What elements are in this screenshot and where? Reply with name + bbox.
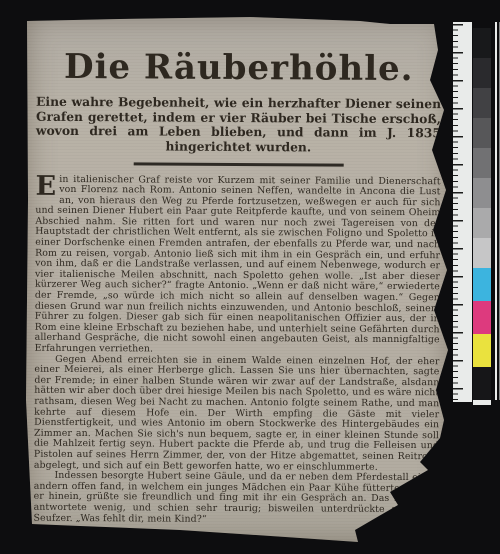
gray-step [473, 238, 491, 268]
drop-cap-initial: E [36, 174, 60, 196]
gray-step [473, 28, 491, 58]
gray-step [473, 88, 491, 118]
gray-step [473, 208, 491, 238]
document-content: Die Räuberhöhle. Eine wahre Begebenheit,… [31, 13, 443, 547]
gray-step [473, 148, 491, 178]
document-page: Die Räuberhöhle. Eine wahre Begebenheit,… [25, 14, 450, 546]
calibration-strip [453, 22, 500, 404]
page-title: Die Räuberhöhle. [34, 47, 443, 89]
paragraph-text: in italienischer Graf reiste vor Kurzem … [35, 173, 441, 354]
gray-step [473, 178, 491, 208]
scan-background: Die Räuberhöhle. Eine wahre Begebenheit,… [0, 0, 500, 554]
gray-step [473, 58, 491, 88]
yellow-patch [473, 334, 491, 367]
body-text: Ein italienischer Graf reiste vor Kurzem… [34, 174, 441, 526]
grayscale-step-wedge [473, 28, 491, 405]
ruler-major-ticks [453, 24, 463, 402]
ruler [453, 22, 472, 402]
gray-step [473, 118, 491, 148]
paragraph-text: Gegen Abend erreichten sie in einem Wald… [34, 354, 440, 473]
black-patch [473, 367, 491, 400]
cyan-patch [473, 268, 491, 301]
strip-edge-line [495, 22, 497, 400]
white-patch [473, 400, 491, 405]
title-divider-rule [133, 162, 343, 166]
page-subtitle: Eine wahre Begebenheit, wie ein herzhaft… [36, 95, 441, 155]
magenta-patch [473, 301, 491, 334]
paragraph-text: Indessen besorgte Hubert seine Gäule, un… [34, 471, 439, 526]
opening-paragraph: Ein italienischer Graf reiste vor Kurzem… [35, 174, 441, 357]
